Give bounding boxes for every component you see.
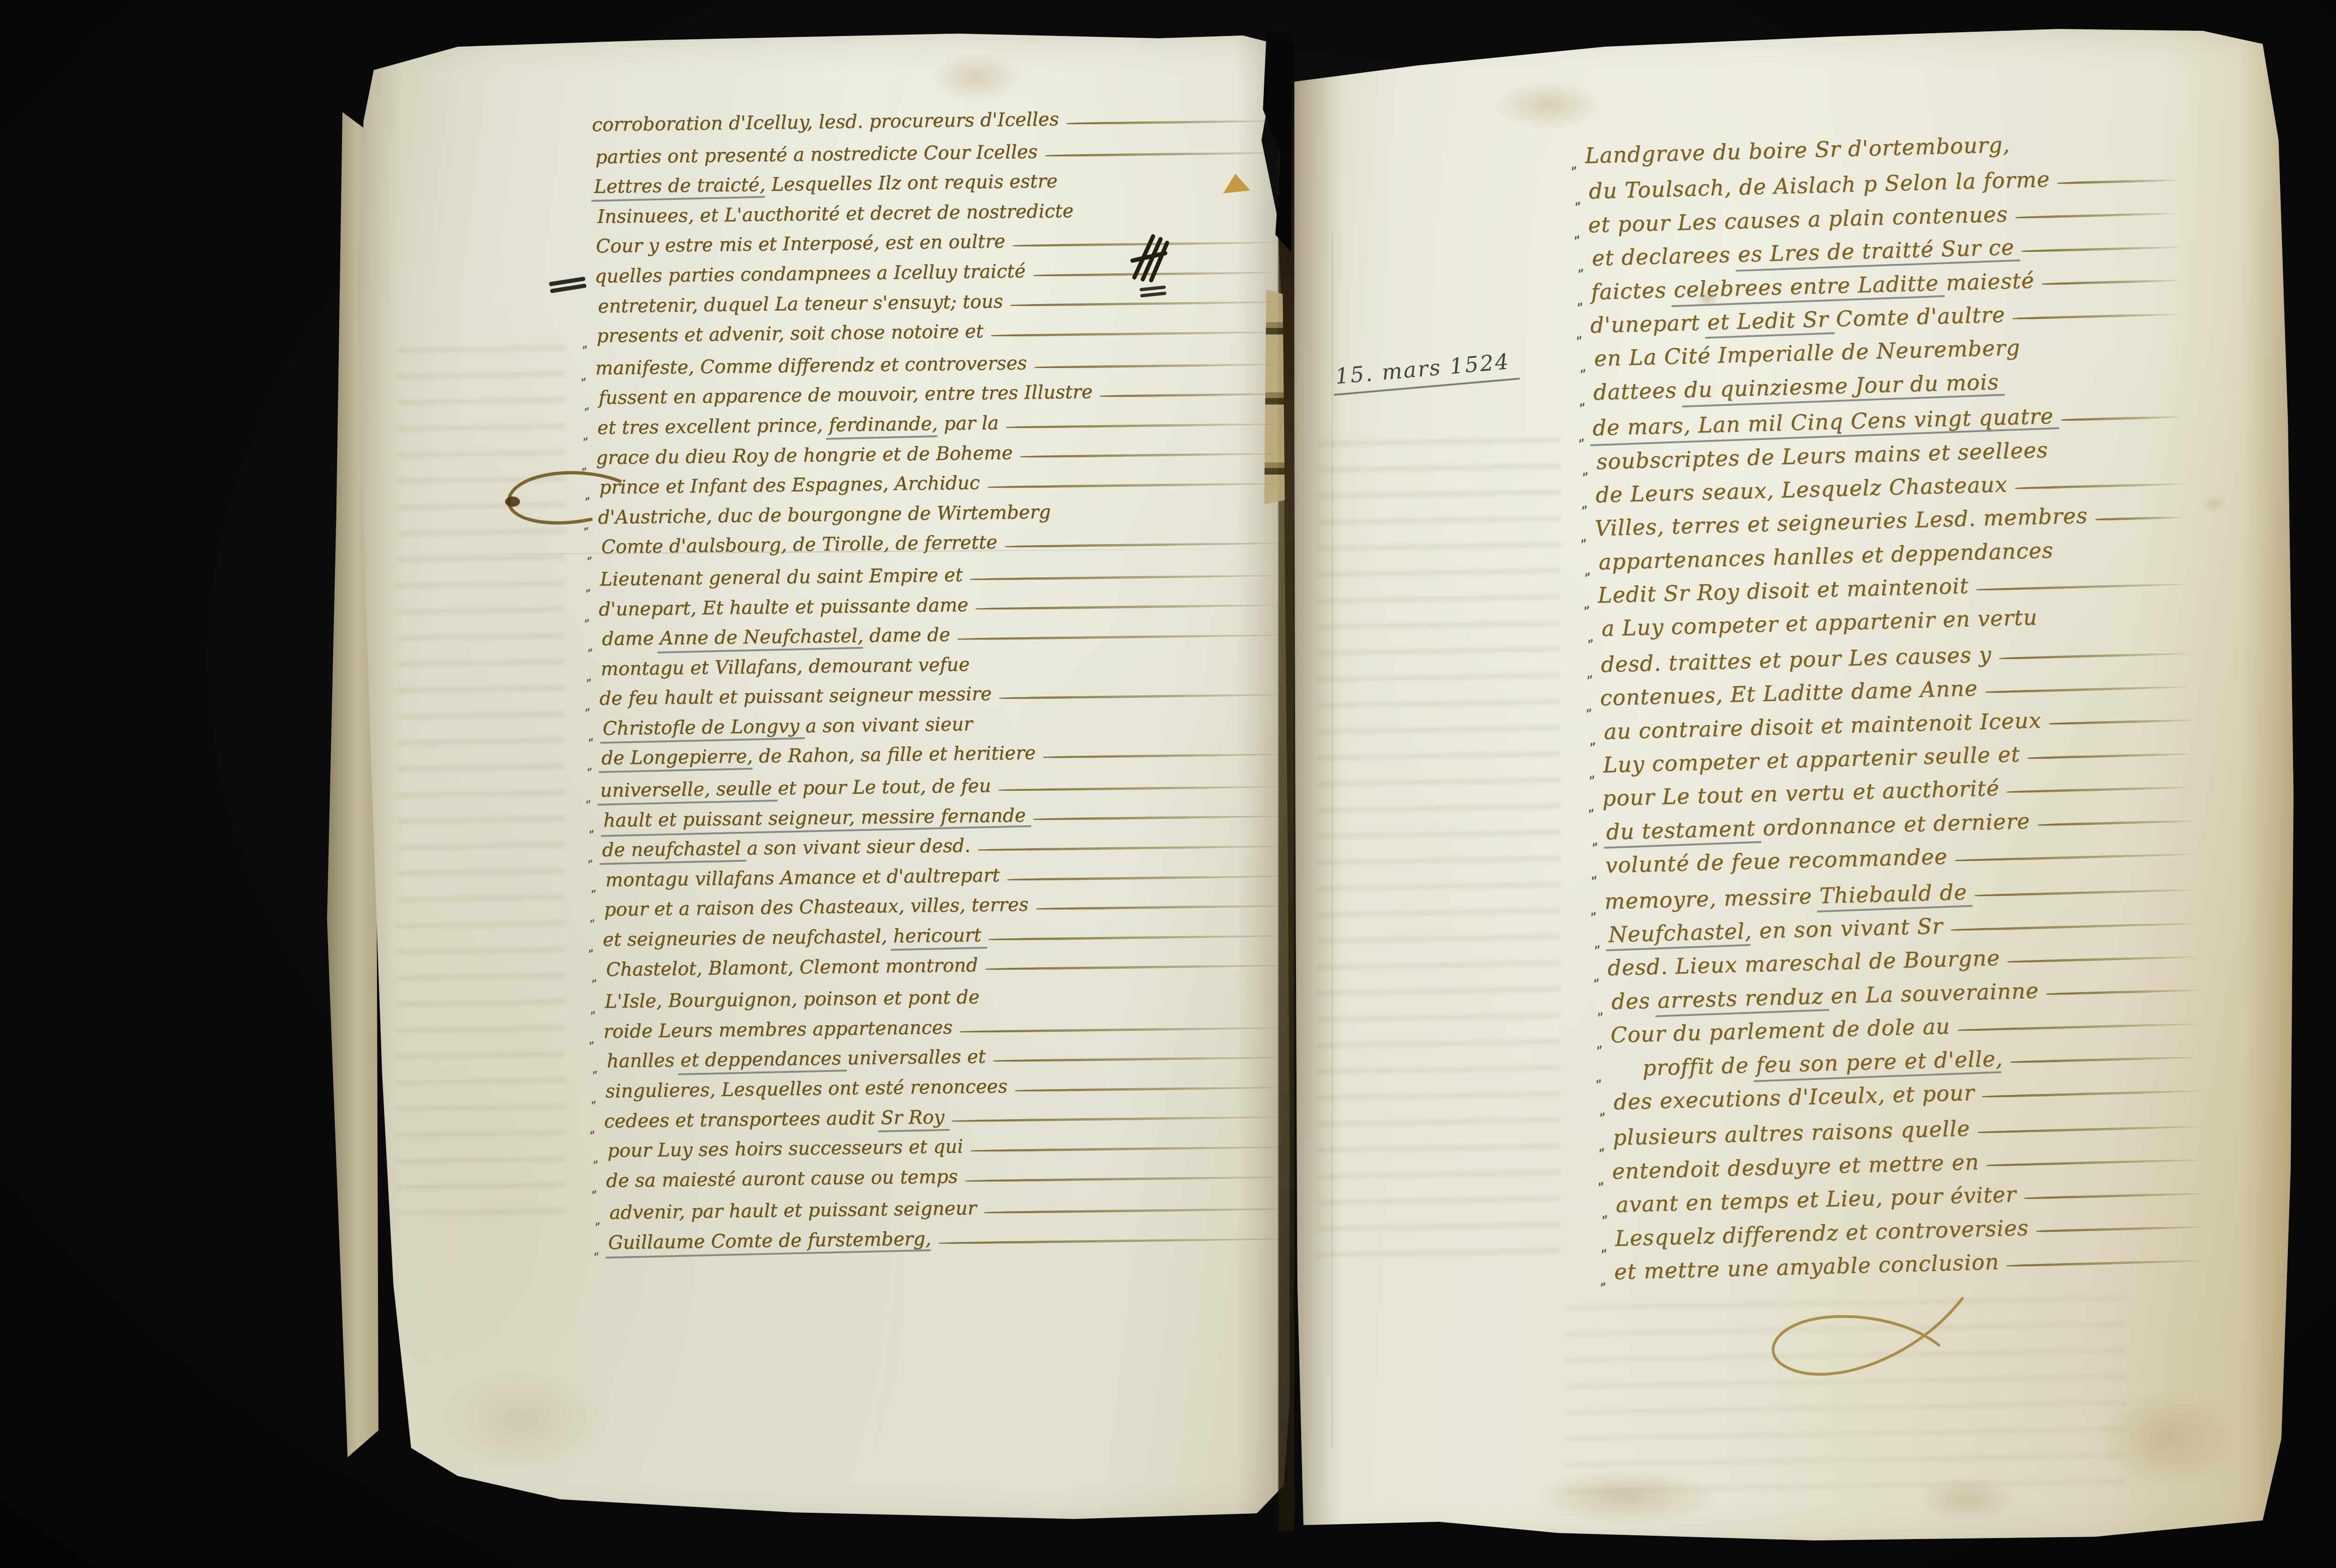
line-trail-flourish bbox=[1006, 423, 1277, 428]
line-trail-flourish bbox=[2008, 956, 2196, 963]
line-text: de neufchastel a son vivant sieur desd. bbox=[602, 831, 970, 866]
line-text: prince et Infant des Espagnes, Archiduc bbox=[599, 468, 980, 503]
line-trail-flourish bbox=[1020, 453, 1276, 458]
line-trail-flourish bbox=[1985, 686, 2188, 693]
pencil-underline: universelle, seulle bbox=[600, 778, 772, 801]
line-text: de Longepierre, de Rahon, sa fille et he… bbox=[601, 738, 1036, 773]
line-trail-flourish bbox=[2036, 1226, 2203, 1232]
line-trail-flourish bbox=[1958, 1023, 2199, 1032]
hatched-ink-blot-icon bbox=[1126, 233, 1182, 289]
line-trail-flourish bbox=[1015, 1086, 1285, 1092]
pencil-underline: de neufchastel bbox=[602, 838, 741, 861]
pencil-underline: celebrees entre Laditte bbox=[1674, 270, 1939, 302]
line-trail-flourish bbox=[985, 965, 1286, 971]
line-trail-flourish bbox=[971, 1146, 1287, 1152]
pencil-underline: et Ledit Sr bbox=[1707, 306, 1829, 335]
line-text: quelles parties condampnees a Icelluy tr… bbox=[594, 256, 1026, 292]
line-trail-flourish bbox=[1951, 922, 2197, 931]
line-trail-flourish bbox=[2061, 416, 2181, 421]
line-text: singulieres, Lesquelles ont esté renonce… bbox=[605, 1071, 1007, 1107]
pencil-underline: Christofle de Longvy bbox=[603, 716, 800, 739]
line-trail-flourish bbox=[1955, 853, 2194, 861]
paraph-flourish-icon bbox=[502, 467, 624, 546]
line-trail-flourish bbox=[1043, 753, 1281, 759]
line-text: montagu et Villafans, demourant vefue bbox=[600, 650, 970, 684]
line-text: et seigneuries de neufchastel, hericourt bbox=[603, 920, 982, 955]
pencil-underline: arrests renduz bbox=[1657, 983, 1823, 1013]
line-trail-flourish bbox=[2015, 482, 2184, 489]
line-text: de feu hault et puissant seigneur messir… bbox=[599, 679, 992, 714]
pencil-underline: es Lres de traitté Sur ce bbox=[1738, 234, 2015, 267]
line-trail-flourish bbox=[2046, 989, 2200, 996]
line-trail-flourish bbox=[1976, 583, 2186, 591]
pencil-underline: Guillaume Comte de furstemberg bbox=[608, 1228, 925, 1253]
line-text: corroboration d'Icelluy, lesd. procureur… bbox=[591, 104, 1059, 140]
line-trail-flourish bbox=[2095, 516, 2184, 521]
pencil-underline: et deppendances bbox=[680, 1048, 841, 1071]
line-trail-flourish bbox=[1007, 875, 1285, 880]
line-trail-flourish bbox=[998, 786, 1280, 791]
line-trail-flourish bbox=[1011, 301, 1278, 307]
line-trail-flourish bbox=[939, 1238, 1288, 1244]
line-text: dame Anne de Neufchastel, dame de bbox=[602, 620, 950, 654]
line-trail-flourish bbox=[1033, 816, 1283, 821]
line-text: cedees et transportees audit Sr Roy bbox=[604, 1102, 945, 1136]
line-trail-flourish bbox=[1005, 542, 1281, 548]
left-page-text: „corroboration d'Icelluy, lesd. procureu… bbox=[577, 103, 1289, 1258]
line-text: manifeste, Comme differendz et controver… bbox=[595, 348, 1027, 383]
pencil-underline: du quinziesme Jour du mois bbox=[1684, 369, 1999, 403]
line-text: entretenir, duquel La teneur s'ensuyt; t… bbox=[598, 286, 1003, 321]
line-text: Chastelot, Blamont, Clemont montrond bbox=[606, 950, 978, 985]
line-trail-flourish bbox=[2013, 313, 2179, 319]
line-text: de sa maiesté auront cause ou temps bbox=[606, 1162, 958, 1196]
line-text: hault et puissant seigneur, messire fern… bbox=[603, 800, 1026, 836]
pencil-underline: Thiebauld de bbox=[1819, 879, 1968, 908]
line-trail-flourish bbox=[2007, 1259, 2203, 1267]
pencil-underline: feu son pere et d'elle bbox=[1756, 1046, 1996, 1077]
line-trail-flourish bbox=[1036, 905, 1283, 910]
line-trail-flourish bbox=[1045, 152, 1275, 157]
line-trail-flourish bbox=[2016, 213, 2177, 219]
pencil-underline: Anne de Neufchastel bbox=[660, 625, 858, 649]
pencil-underline: ferdinande bbox=[829, 413, 932, 436]
line-trail-flourish bbox=[1100, 393, 1279, 397]
line-trail-flourish bbox=[984, 1208, 1289, 1214]
line-text: universelle, seulle et pour Le tout, de … bbox=[600, 771, 991, 806]
line-trail-flourish bbox=[993, 1057, 1287, 1063]
line-trail-flourish bbox=[976, 604, 1279, 610]
line-trail-flourish bbox=[999, 694, 1279, 699]
line-trail-flourish bbox=[2037, 820, 2194, 826]
line-text: montagu villafans Amance et d'aultrepart bbox=[605, 860, 1000, 895]
right-page-text: „Landgrave du boire Sr d'ortembourg,„du … bbox=[1570, 124, 2207, 1289]
line-text: Lieutenant general du saint Empire et bbox=[600, 560, 963, 595]
photo-background: „corroboration d'Icelluy, lesd. procureu… bbox=[0, 0, 2336, 1568]
line-text: roide Leurs membres appartenances bbox=[603, 1013, 953, 1047]
line-trail-flourish bbox=[1982, 1090, 2202, 1098]
pencil-underline: hault et puissant seigneur, messire fern… bbox=[603, 804, 1026, 831]
pencil-underline: hericourt bbox=[893, 924, 981, 947]
line-trail-flourish bbox=[1066, 120, 1271, 125]
line-trail-flourish bbox=[2010, 1056, 2198, 1064]
line-text: Christofle de Longvy a son vivant sieur bbox=[602, 709, 973, 744]
line-text: pour et a raison des Chasteaux, villes, … bbox=[604, 890, 1028, 925]
line-trail-flourish bbox=[2049, 719, 2192, 725]
line-text: presents et advenir, soit chose notoire … bbox=[596, 316, 983, 351]
line-trail-flourish bbox=[1987, 1159, 2201, 1167]
line-trail-flourish bbox=[978, 845, 1282, 851]
line-text: advenir, par hault et puissant seigneur bbox=[609, 1193, 976, 1228]
line-text: et tres excellent prince, ferdinande, pa… bbox=[597, 408, 999, 443]
pencil-underline: de Longepierre bbox=[601, 746, 747, 769]
pencil-underline: Sr Roy bbox=[881, 1106, 945, 1128]
line-text: Comte d'aulsbourg, de Tirolle, de ferret… bbox=[601, 527, 998, 562]
line-trail-flourish bbox=[958, 634, 1282, 640]
line-trail-flourish bbox=[1978, 1125, 2201, 1134]
line-text: L'Isle, Bourguignon, poinson et pont de bbox=[605, 982, 980, 1017]
line-trail-flourish bbox=[2024, 1192, 2204, 1199]
line-trail-flourish bbox=[1974, 889, 2193, 897]
closing-swash-icon bbox=[1719, 1289, 1981, 1392]
line-trail-flourish bbox=[1999, 652, 2189, 660]
pencil-underline: Lettres de traicté bbox=[594, 174, 760, 198]
line-trail-flourish bbox=[2022, 246, 2180, 252]
line-trail-flourish bbox=[2028, 752, 2192, 759]
line-trail-flourish bbox=[970, 575, 1280, 581]
line-text: pour Luy ses hoirs successeurs et qui bbox=[607, 1132, 963, 1166]
line-trail-flourish bbox=[2042, 279, 2180, 285]
line-text: hanlles et deppendances universalles et bbox=[606, 1042, 986, 1077]
line-text: grace du dieu Roy de hongrie et de Bohem… bbox=[596, 438, 1013, 473]
line-text: d'unepart, Et haulte et puissante dame bbox=[598, 590, 969, 624]
line-trail-flourish bbox=[2007, 786, 2191, 793]
line-trail-flourish bbox=[952, 1116, 1284, 1122]
line-text: Cour y estre mis et Interposé, est en ou… bbox=[596, 227, 1005, 262]
line-trail-flourish bbox=[965, 1176, 1286, 1182]
line-trail-flourish bbox=[987, 482, 1279, 489]
pencil-underline: Neufchastel bbox=[1608, 918, 1745, 947]
line-text: Guillaume Comte de furstemberg, bbox=[608, 1224, 931, 1258]
line-trail-flourish bbox=[989, 935, 1282, 941]
line-trail-flourish bbox=[960, 1027, 1283, 1033]
pencil-underline: du testament bbox=[1606, 816, 1756, 844]
line-trail-flourish bbox=[991, 331, 1276, 337]
line-trail-flourish bbox=[1034, 363, 1275, 368]
line-trail-flourish bbox=[2058, 179, 2178, 184]
